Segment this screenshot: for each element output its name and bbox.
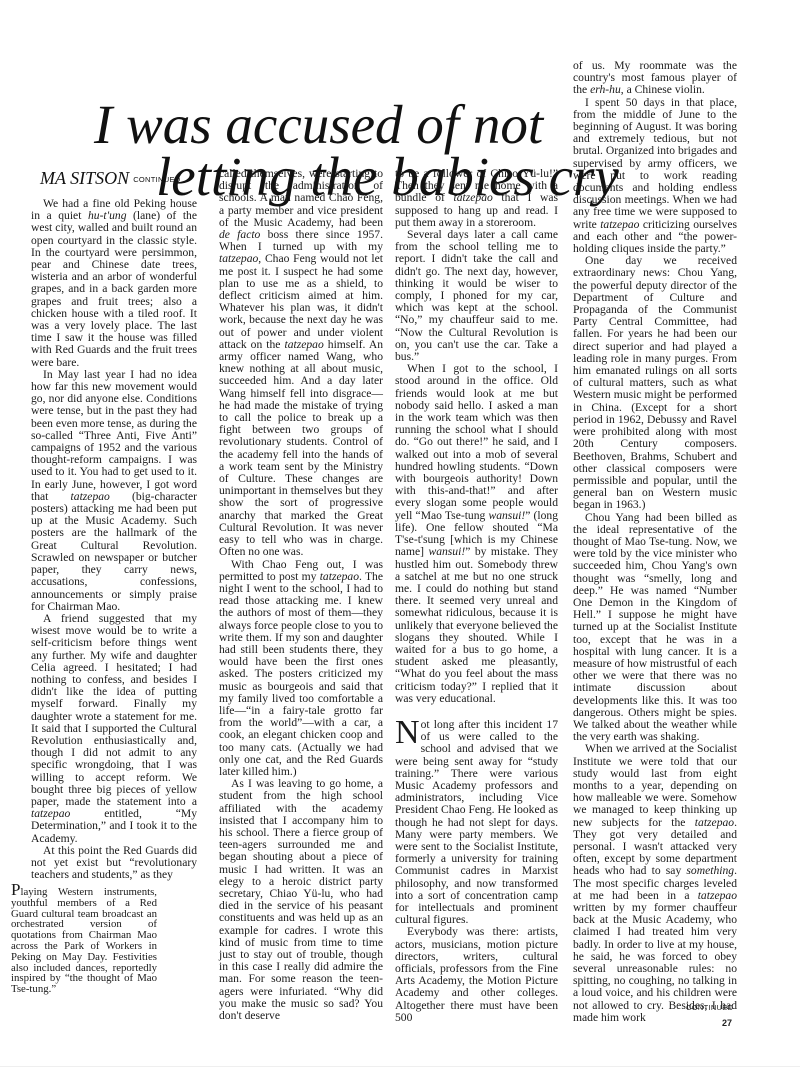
italic-term: tatzepao [219, 252, 258, 265]
paragraph: Several days later a call came from the … [395, 229, 558, 363]
article-column-2: called themselves, were starting to disr… [219, 168, 383, 1022]
italic-term: tatzepao [698, 889, 737, 902]
italic-term: wansui! [428, 545, 465, 558]
paragraph: With Chao Feng out, I was permitted to p… [219, 559, 383, 779]
paragraph: When we arrived at the Socialist Institu… [573, 743, 737, 1024]
paragraph: A friend suggested that my wisest move w… [31, 613, 197, 845]
italic-term: hu-t'ung [88, 209, 127, 222]
paragraph: Not long after this incident 17 of us we… [395, 719, 558, 926]
paragraph: One day we received extraordinary news: … [573, 255, 737, 511]
continued-tag: CONTINUED [133, 175, 180, 184]
paragraph: I spent 50 days in that place, from the … [573, 97, 737, 256]
paragraph: At this point the Red Guards did not yet… [31, 845, 197, 882]
italic-term: tatzepao [695, 816, 734, 829]
italic-term: tatzepao [31, 807, 70, 820]
author-name: MA SITSON [40, 168, 129, 188]
page-edge-rule [0, 1066, 800, 1067]
paragraph: As I was leaving to go home, a student f… [219, 778, 383, 1022]
paragraph: Everybody was there: artists, actors, mu… [395, 926, 558, 1024]
paragraph: We had a fine old Peking house in a quie… [31, 198, 197, 369]
italic-term: tatzepao [71, 490, 110, 503]
italic-term: tatzepao [600, 218, 639, 231]
title-line-1: I was accused of not [94, 97, 543, 153]
section-dropcap: N [395, 720, 420, 746]
article-column-4: of us. My roommate was the country's mos… [573, 60, 737, 1024]
continued-footer: CONTINUED [686, 1003, 733, 1012]
italic-term: something [686, 864, 734, 877]
italic-term: de facto [219, 228, 260, 241]
italic-term: wansui! [488, 509, 525, 522]
paragraph: of us. My roommate was the country's mos… [573, 60, 737, 97]
caption-text: laying Western instruments, youthful mem… [11, 886, 157, 995]
byline: MA SITSONCONTINUED [40, 168, 180, 189]
italic-term: tatzepao [320, 570, 359, 583]
paragraph: In May last year I had no idea how far t… [31, 369, 197, 613]
article-column-3: to be a follower of Chiao Yü-lu!” Then t… [395, 168, 558, 1024]
paragraph: When I got to the school, I stood around… [395, 363, 558, 705]
paragraph: Chou Yang had been billed as the ideal r… [573, 512, 737, 744]
page-number: 27 [722, 1018, 732, 1028]
italic-term: tatzepao [454, 191, 493, 204]
italic-term: tatzepao [284, 338, 323, 351]
paragraph: to be a follower of Chiao Yü-lu!” Then t… [395, 168, 558, 229]
paragraph: called themselves, were starting to disr… [219, 168, 383, 559]
article-column-1: We had a fine old Peking house in a quie… [31, 198, 197, 881]
photo-caption: Playing Western instruments, youthful me… [11, 885, 157, 995]
italic-term: erh-hu [590, 83, 621, 96]
